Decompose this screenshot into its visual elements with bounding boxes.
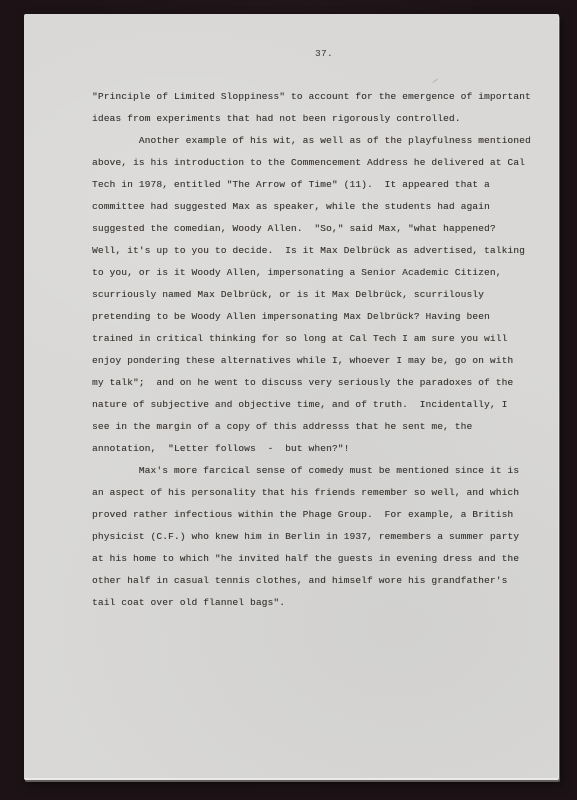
typed-line: nature of subjective and objective time,…: [92, 394, 544, 416]
typed-line: ideas from experiments that had not been…: [92, 108, 544, 130]
typed-line: committee had suggested Max as speaker, …: [92, 196, 544, 218]
typed-line: Another example of his wit, as well as o…: [92, 130, 544, 152]
typed-line: an aspect of his personality that his fr…: [92, 482, 544, 504]
typed-lines: "Principle of Limited Sloppiness" to acc…: [92, 86, 544, 614]
typed-line: annotation, "Letter follows - but when?"…: [92, 438, 544, 460]
typed-line: scurriously named Max Delbrück, or is it…: [92, 284, 544, 306]
manuscript-page: 37. "Principle of Limited Sloppiness" to…: [24, 14, 559, 780]
typed-line: above, is his introduction to the Commen…: [92, 152, 544, 174]
typed-line: trained in critical thinking for so long…: [92, 328, 544, 350]
scan-background: 37. "Principle of Limited Sloppiness" to…: [0, 0, 577, 800]
typed-line: "Principle of Limited Sloppiness" to acc…: [92, 86, 544, 108]
page-number: 37.: [315, 48, 333, 59]
ink-smudge: [432, 79, 439, 86]
typed-line: enjoy pondering these alternatives while…: [92, 350, 544, 372]
typed-line: at his home to which "he invited half th…: [92, 548, 544, 570]
typed-line: my talk"; and on he went to discuss very…: [92, 372, 544, 394]
typed-line: Well, it's up to you to decide. Is it Ma…: [92, 240, 544, 262]
typed-line: Tech in 1978, entitled "The Arrow of Tim…: [92, 174, 544, 196]
typed-line: proved rather infectious within the Phag…: [92, 504, 544, 526]
typed-line: suggested the comedian, Woody Allen. "So…: [92, 218, 544, 240]
typed-line: see in the margin of a copy of this addr…: [92, 416, 544, 438]
typed-line: Max's more farcical sense of comedy must…: [92, 460, 544, 482]
typed-line: pretending to be Woody Allen impersonati…: [92, 306, 544, 328]
typed-line: tail coat over old flannel bags".: [92, 592, 544, 614]
typed-line: physicist (C.F.) who knew him in Berlin …: [92, 526, 544, 548]
typed-line: to you, or is it Woody Allen, impersonat…: [92, 262, 544, 284]
typed-line: other half in casual tennis clothes, and…: [92, 570, 544, 592]
